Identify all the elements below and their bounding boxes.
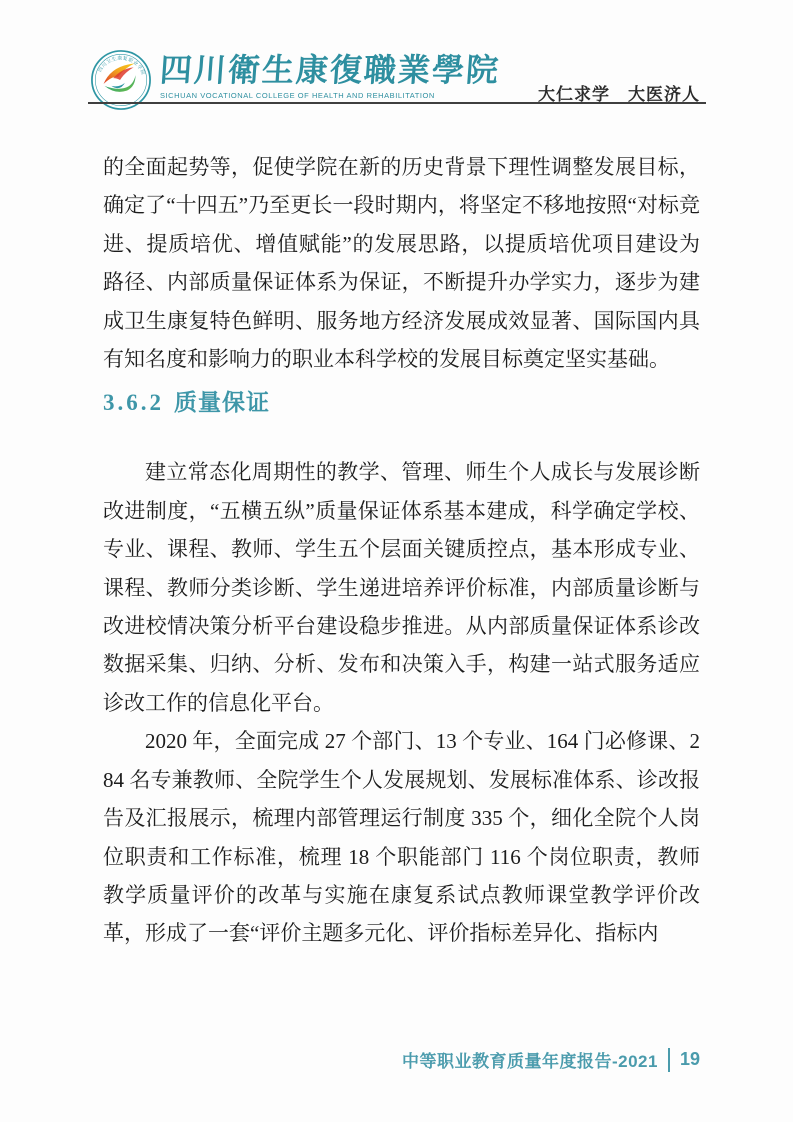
section-title: 质量保证 [174,390,270,415]
footer-divider [668,1048,670,1072]
body-paragraph-1: 的全面起势等，促使学院在新的历史背景下理性调整发展目标，确定了“十四五”乃至更长… [103,148,700,378]
page-number: 19 [680,1049,700,1070]
college-name-english: SICHUAN VOCATIONAL COLLEGE OF HEALTH AND… [160,91,460,100]
page-footer: 中等职业教育质量年度报告-2021 19 [402,1047,700,1072]
report-title: 中等职业教育质量年度报告-2021 [402,1047,658,1072]
body-paragraph-2: 建立常态化周期性的教学、管理、师生个人成长与发展诊断改进制度，“五横五纵”质量保… [103,453,700,722]
college-name-chinese: 四川衛生康復職業學院 [159,52,462,88]
body-paragraph-3: 2020 年，全面完成 27 个部门、13 个专业、164 门必修课、284 名… [103,722,700,952]
document-page: 四川卫生康复职业学院 四川衛生康復職業學院 SICHUAN VOCATIONAL… [0,0,793,1122]
section-number: 3.6.2 [103,390,164,415]
section-heading: 3.6.2质量保证 [103,388,700,418]
header-divider [88,102,706,104]
college-title-block: 四川衛生康復職業學院 SICHUAN VOCATIONAL COLLEGE OF… [160,52,460,100]
page-body: 的全面起势等，促使学院在新的历史背景下理性调整发展目标，确定了“十四五”乃至更长… [103,148,700,953]
